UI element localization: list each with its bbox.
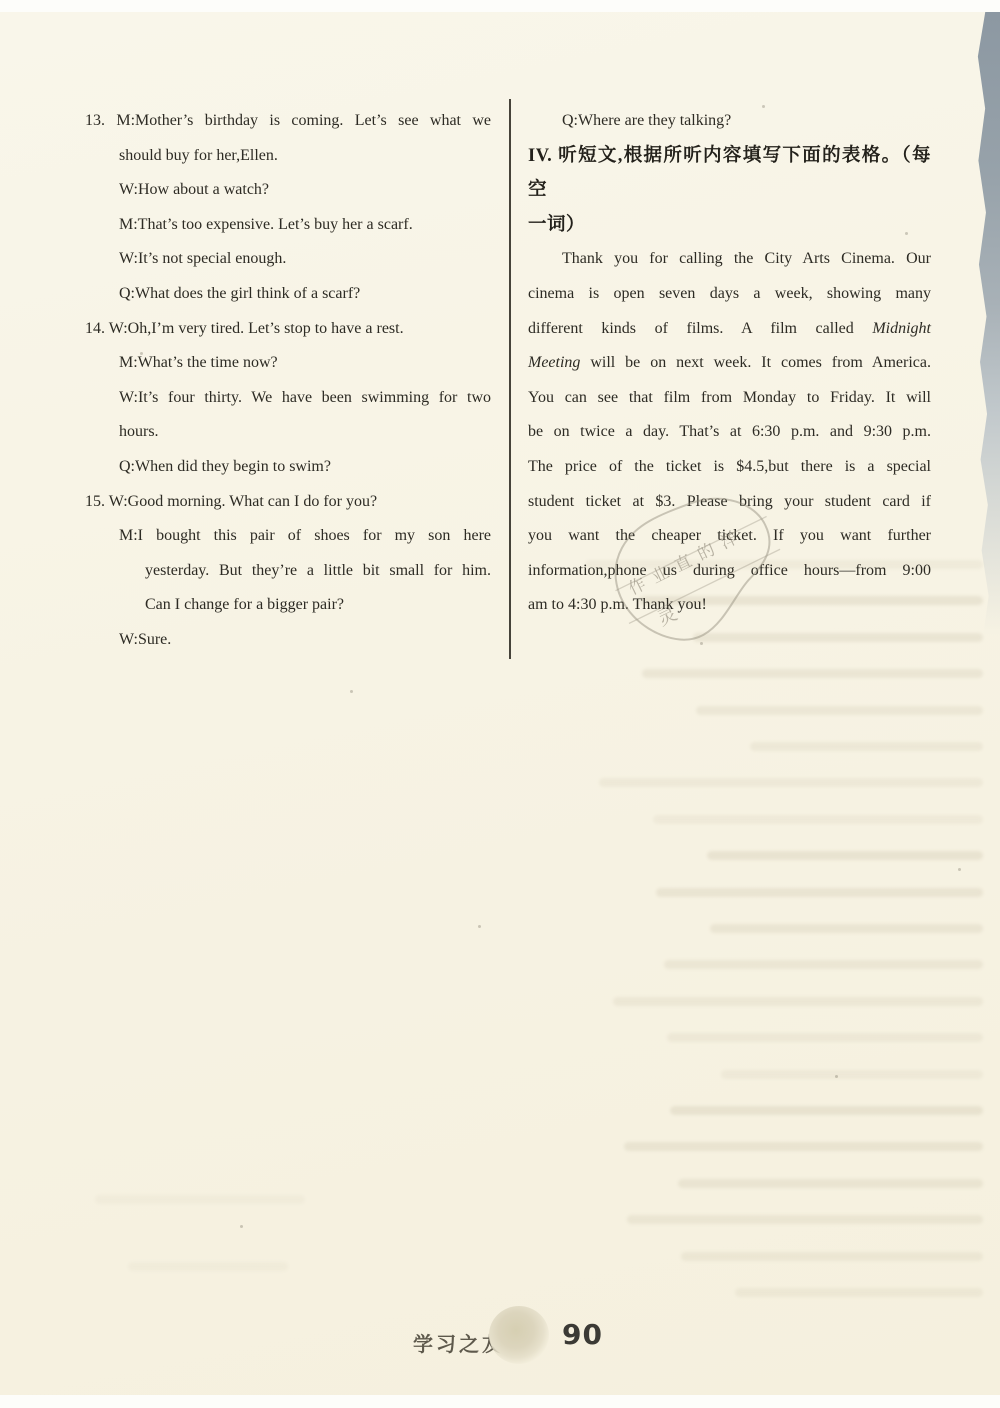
text-line: information,phone us during office hours… (528, 554, 931, 589)
bleedthrough-line (664, 960, 983, 969)
bleedthrough-line (707, 851, 983, 860)
bleedthrough-line (678, 1179, 983, 1188)
text-line: Thank you for calling the City Arts Cine… (528, 242, 931, 277)
bleedthrough-line (693, 633, 983, 642)
bleedthrough-line (656, 888, 983, 897)
scan-margin-bottom (0, 1395, 1000, 1408)
text-line: M:That’s too expensive. Let’s buy her a … (85, 208, 491, 243)
bleedthrough-line (696, 706, 983, 715)
bleedthrough-line (627, 1215, 983, 1224)
page-footer: 学习之友 90 (0, 1300, 1000, 1370)
text-line: The price of the ticket is $4.5,but ther… (528, 450, 931, 485)
scanned-workbook-page: 13. M:Mother’s birthday is coming. Let’s… (0, 0, 1000, 1408)
bleedthrough-line (710, 924, 983, 933)
film-title-italic: Midnight (872, 320, 931, 337)
text-line: You can see that film from Monday to Fri… (528, 381, 931, 416)
bleedthrough-line (735, 1288, 983, 1297)
text-line: 13. M:Mother’s birthday is coming. Let’s… (85, 104, 491, 139)
bleedthrough-line (670, 1106, 983, 1115)
scan-margin-top (0, 0, 1000, 12)
text-line: Q:Where are they talking? (528, 104, 931, 139)
left-column-transcript: 13. M:Mother’s birthday is coming. Let’s… (85, 104, 491, 658)
text-line: IV. 听短文,根据所听内容填写下面的表格。（每空 (528, 139, 931, 208)
film-title-italic: Meeting (528, 354, 580, 371)
text-line: different kinds of films. A film called … (528, 312, 931, 347)
text-line: Q:What does the girl think of a scarf? (85, 277, 491, 312)
text-line: am to 4:30 p.m. Thank you! (528, 588, 931, 623)
text-line: cinema is open seven days a week, showin… (528, 277, 931, 312)
bleedthrough-line (642, 669, 983, 678)
text-line: M:What’s the time now? (85, 346, 491, 381)
paper-speck (350, 690, 353, 693)
bleedthrough-line (599, 778, 983, 787)
text-line: W:Sure. (85, 623, 491, 658)
text-line: 14. W:Oh,I’m very tired. Let’s stop to h… (85, 312, 491, 347)
text-line: Q:When did they begin to swim? (85, 450, 491, 485)
right-column-transcript: Q:Where are they talking?IV. 听短文,根据所听内容填… (528, 104, 931, 623)
paper-speck (700, 642, 703, 645)
text-line: should buy for her,Ellen. (85, 139, 491, 174)
text-line: Can I change for a bigger pair? (85, 588, 491, 623)
text-line: W:It’s not special enough. (85, 242, 491, 277)
paper-speck (478, 925, 481, 928)
text-line: M:I bought this pair of shoes for my son… (85, 519, 491, 554)
text-line: you want the cheaper ticket. If you want… (528, 519, 931, 554)
text-line: 一词） (528, 208, 931, 243)
text-line: 15. W:Good morning. What can I do for yo… (85, 485, 491, 520)
text-run: will be on next week. It comes from Amer… (580, 354, 931, 371)
text-line: yesterday. But they’re a little bit smal… (85, 554, 491, 589)
brand-logo-mark (489, 1306, 549, 1364)
text-line: W:It’s four thirty. We have been swimmin… (85, 381, 491, 416)
column-divider (509, 99, 511, 659)
bleedthrough-line (721, 1070, 983, 1079)
text-line: W:How about a watch? (85, 173, 491, 208)
text-run: different kinds of films. A film called (528, 320, 872, 337)
bleedthrough-line (128, 1262, 288, 1271)
bleedthrough-line (667, 1033, 983, 1042)
paper-speck (958, 868, 961, 871)
text-line: student ticket at $3. Please bring your … (528, 485, 931, 520)
text-line: hours. (85, 415, 491, 450)
bleedthrough-line (624, 1142, 983, 1151)
bleedthrough-line (750, 742, 983, 751)
page-number: 90 (562, 1318, 603, 1351)
paper-speck (835, 1075, 838, 1078)
bleedthrough-line (653, 815, 983, 824)
bleedthrough-line (95, 1195, 305, 1204)
text-line: be on twice a day. That’s at 6:30 p.m. a… (528, 415, 931, 450)
paper-speck (240, 1225, 243, 1228)
text-line: Meeting will be on next week. It comes f… (528, 346, 931, 381)
bleedthrough-line (613, 997, 983, 1006)
bleedthrough-line (681, 1252, 983, 1261)
